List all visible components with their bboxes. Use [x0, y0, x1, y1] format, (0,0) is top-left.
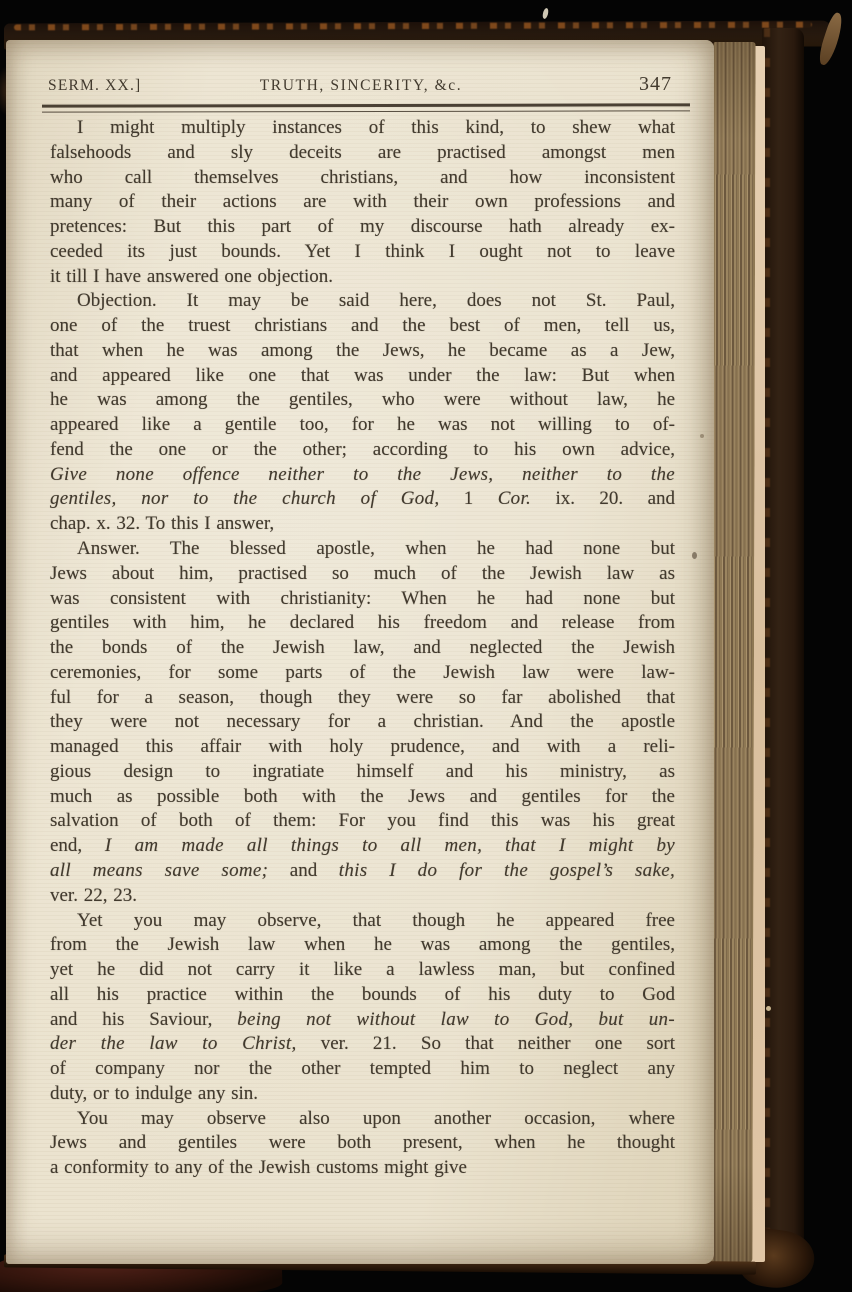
text-line: who call themselves christians, and how …: [50, 166, 675, 191]
text-line: ver. 22, 23.: [50, 884, 675, 909]
body-text: You may observe also upon another occasi…: [77, 1108, 675, 1129]
book-page: SERM. XX.] TRUTH, SINCERITY, &c. 347 I m…: [6, 40, 714, 1264]
page-number: 347: [639, 73, 672, 96]
body-text: ceremonies, for some parts of the Jewish…: [50, 662, 675, 683]
scripture-quote-text: being not without law to God, but un-: [237, 1009, 675, 1030]
body-text: I might multiply instances of this kind,…: [77, 117, 675, 138]
text-line: der the law to Christ, ver. 21. So that …: [50, 1032, 675, 1057]
scripture-quote-text: all means save some;: [50, 860, 268, 881]
body-text: fend the one or the other; according to …: [50, 439, 675, 460]
scripture-quote-text: Cor.: [498, 488, 531, 509]
text-line: the bonds of the Jewish law, and neglect…: [50, 636, 675, 661]
text-line: I might multiply instances of this kind,…: [50, 116, 675, 141]
body-text: duty, or to indulge any sin.: [50, 1083, 258, 1104]
body-text: 1: [439, 488, 497, 509]
body-text: and: [268, 860, 338, 881]
text-line: fend the one or the other; according to …: [50, 438, 675, 463]
text-line: Jews and gentiles were both present, whe…: [50, 1131, 675, 1156]
body-text: ver. 22, 23.: [50, 885, 137, 906]
text-line: and appeared like one that was under the…: [50, 364, 675, 389]
text-line: all means save some; and this I do for t…: [50, 859, 675, 884]
text-line: gentiles, nor to the church of God, 1 Co…: [50, 487, 675, 512]
text-line: ceremonies, for some parts of the Jewish…: [50, 661, 675, 686]
body-text: end,: [50, 835, 105, 856]
body-text: a conformity to any of the Jewish custom…: [50, 1157, 467, 1178]
text-line: chap. x. 32. To this I answer,: [50, 512, 675, 537]
body-text: Yet you may observe, that though he appe…: [77, 910, 675, 931]
body-text: and appeared like one that was under the…: [50, 365, 675, 386]
running-head-title: TRUTH, SINCERITY, &c.: [46, 77, 676, 95]
body-text: ix. 20. and: [531, 488, 675, 509]
body-text: appeared like a gentile too, for he was …: [50, 414, 675, 435]
text-line: duty, or to indulge any sin.: [50, 1082, 675, 1107]
body-text: was consistent with christianity: When h…: [50, 588, 675, 609]
text-line: that when he was among the Jews, he beca…: [50, 339, 675, 364]
text-line: ceeded its just bounds. Yet I think I ou…: [50, 240, 675, 265]
body-text: from the Jewish law when he was among th…: [50, 934, 675, 955]
text-line: managed this affair with holy prudence, …: [50, 735, 675, 760]
body-text: the bonds of the Jewish law, and neglect…: [50, 637, 675, 658]
text-line: gious design to ingratiate himself and h…: [50, 760, 675, 785]
body-text: Jews about him, practised so much of the…: [50, 563, 675, 584]
text-line: all his practice within the bounds of hi…: [50, 983, 675, 1008]
text-line: end, I am made all things to all men, th…: [50, 834, 675, 859]
text-line: one of the truest christians and the bes…: [50, 314, 675, 339]
book-cover-right-edge: [762, 28, 804, 1284]
body-text: he was among the gentiles, who were with…: [50, 389, 675, 410]
body-text: one of the truest christians and the bes…: [50, 315, 675, 336]
paper-speck: [542, 8, 550, 20]
body-text: yet he did not carry it like a lawless m…: [50, 959, 675, 980]
body-text: falsehoods and sly deceits are practised…: [50, 142, 675, 163]
running-head: SERM. XX.] TRUTH, SINCERITY, &c. 347: [46, 74, 676, 100]
text-line: he was among the gentiles, who were with…: [50, 388, 675, 413]
book-photo: SERM. XX.] TRUTH, SINCERITY, &c. 347 I m…: [0, 0, 852, 1292]
ink-fleck: [692, 552, 697, 559]
sermon-text: I might multiply instances of this kind,…: [50, 116, 675, 1181]
scripture-quote-text: gentiles, nor to the church of God,: [50, 488, 439, 509]
text-line: much as possible both with the Jews and …: [50, 785, 675, 810]
body-text: it till I have answered one objection.: [50, 266, 333, 287]
scripture-quote-text: I am made all things to all men, that I …: [105, 835, 675, 856]
body-text: Answer. The blessed apostle, when he had…: [77, 538, 675, 559]
text-line: appeared like a gentile too, for he was …: [50, 413, 675, 438]
text-line: yet he did not carry it like a lawless m…: [50, 958, 675, 983]
text-line: of company nor the other tempted him to …: [50, 1057, 675, 1082]
text-line: they were not necessary for a christian.…: [50, 710, 675, 735]
text-line: many of their actions are with their own…: [50, 190, 675, 215]
body-text: many of their actions are with their own…: [50, 191, 675, 212]
body-text: pretences: But this part of my discourse…: [50, 216, 675, 237]
header-double-rule: [42, 103, 690, 112]
body-text: who call themselves christians, and how …: [50, 167, 675, 188]
text-line: from the Jewish law when he was among th…: [50, 933, 675, 958]
body-text: they were not necessary for a christian.…: [50, 711, 675, 732]
text-line: Yet you may observe, that though he appe…: [50, 909, 675, 934]
body-text: salvation of both of them: For you find …: [50, 810, 675, 831]
text-line: falsehoods and sly deceits are practised…: [50, 141, 675, 166]
body-text: chap. x. 32. To this I answer,: [50, 513, 274, 534]
text-line: Jews about him, practised so much of the…: [50, 562, 675, 587]
body-text: that when he was among the Jews, he beca…: [50, 340, 675, 361]
body-text: Objection. It may be said here, does not…: [77, 290, 675, 311]
text-line: was consistent with christianity: When h…: [50, 587, 675, 612]
text-line: Objection. It may be said here, does not…: [50, 289, 675, 314]
body-text: ver. 21. So that neither one sort: [297, 1033, 675, 1054]
text-line: a conformity to any of the Jewish custom…: [50, 1156, 675, 1181]
text-line: and his Saviour, being not without law t…: [50, 1008, 675, 1033]
body-text: gentiles with him, he declared his freed…: [50, 612, 675, 633]
body-text: ceeded its just bounds. Yet I think I ou…: [50, 241, 675, 262]
body-text: all his practice within the bounds of hi…: [50, 984, 675, 1005]
scripture-quote-text: der the law to Christ,: [50, 1033, 297, 1054]
body-text: gious design to ingratiate himself and h…: [50, 761, 675, 782]
leather-speck: [766, 1006, 771, 1011]
body-text: ful for a season, though they were so fa…: [50, 687, 675, 708]
text-line: Give none offence neither to the Jews, n…: [50, 463, 675, 488]
body-text: much as possible both with the Jews and …: [50, 786, 675, 807]
scripture-quote-text: this I do for the gospel’s sake,: [339, 860, 675, 881]
text-line: pretences: But this part of my discourse…: [50, 215, 675, 240]
text-line: salvation of both of them: For you find …: [50, 809, 675, 834]
text-line: it till I have answered one objection.: [50, 265, 675, 290]
scripture-quote-text: Give none offence neither to the Jews, n…: [50, 464, 675, 485]
body-text: Jews and gentiles were both present, whe…: [50, 1132, 675, 1153]
text-line: ful for a season, though they were so fa…: [50, 686, 675, 711]
paper-speck: [700, 434, 704, 438]
body-text: and his Saviour,: [50, 1009, 237, 1030]
text-line: gentiles with him, he declared his freed…: [50, 611, 675, 636]
text-line: Answer. The blessed apostle, when he had…: [50, 537, 675, 562]
body-text: of company nor the other tempted him to …: [50, 1058, 675, 1079]
fore-edge-page-stack: [710, 42, 755, 1262]
text-line: You may observe also upon another occasi…: [50, 1107, 675, 1132]
body-text: managed this affair with holy prudence, …: [50, 736, 675, 757]
